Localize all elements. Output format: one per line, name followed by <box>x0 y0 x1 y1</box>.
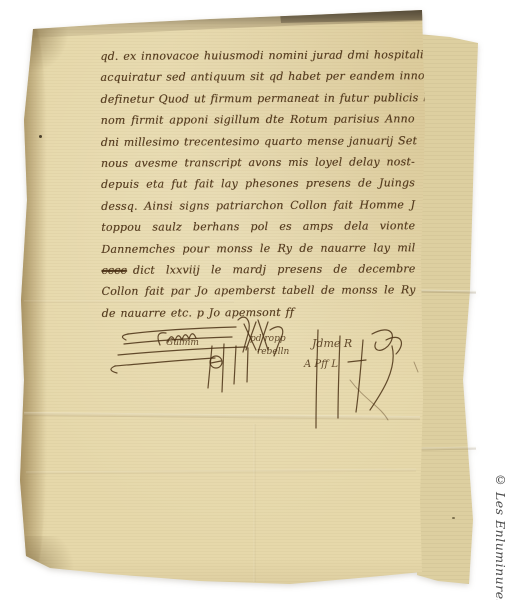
signature-right-note: A Pff L <box>303 359 338 370</box>
ink-smudge <box>322 582 341 589</box>
manuscript-line: depuis eta fut fait lay phesones presens… <box>101 177 415 200</box>
corner-curl-top-left <box>18 22 68 74</box>
page-shadow-wrapper: qd. ex innovacoe huiusmodi nomini jurad … <box>0 0 517 600</box>
manuscript-line: ccccdict lxxviij le mardj presens de dec… <box>101 262 415 285</box>
manuscript-line: definetur Quod ut firmum permaneat in fu… <box>100 91 414 114</box>
manuscript-line: nous avesme transcript avons mis loyel d… <box>101 155 415 178</box>
signature-left-note: pd ropp <box>250 334 286 344</box>
manuscript-line: dni millesimo trecentesimo quarto mense … <box>101 134 415 157</box>
corner-curl-bottom-left <box>16 536 80 580</box>
handwritten-text-block: qd. ex innovacoe huiusmodi nomini jurad … <box>100 48 415 328</box>
ink-speck <box>39 135 42 138</box>
manuscript-line: Dannemches pour monss le Ry de nauarre l… <box>101 241 415 264</box>
manuscript-line: nom firmit apponi sigillum dte Rotum par… <box>101 112 415 135</box>
struck-out-word: cccc <box>101 264 127 277</box>
deckle-edge-left <box>14 20 46 572</box>
manuscript-line: toppou saulz berhans pol es amps dela vi… <box>101 219 415 242</box>
manuscript-photo: qd. ex innovacoe huiusmodi nomini jurad … <box>0 0 517 600</box>
manuscript-line: qd. ex innovacoe huiusmodi nomini jurad … <box>100 48 414 71</box>
manuscript-line: de nauarre etc. p Jo apemsont ff <box>102 305 416 328</box>
fold-crease <box>26 469 416 475</box>
signature-right-flourish <box>316 330 418 428</box>
copyright-watermark: © Les Enluminures <box>493 472 508 600</box>
manuscript-line: Collon fait par Jo apemberst tabell de m… <box>102 283 416 306</box>
signature-left-name: Guimm <box>166 338 199 348</box>
manuscript-line-text: dict lxxviij le mardj presens de decembr… <box>133 262 416 276</box>
fold-crease <box>24 412 420 420</box>
signature-left-note: rebelln <box>257 347 289 357</box>
signature-left-flourish <box>111 317 283 392</box>
manuscript-line: dessq. Ainsi signs patriarchon Collon fa… <box>101 198 415 221</box>
ink-speck <box>452 517 455 519</box>
manuscript-line: acquiratur sed antiquum sit qd habet per… <box>100 70 414 93</box>
signature-right-name: Jdme R <box>310 337 352 350</box>
fold-crease <box>253 424 256 582</box>
